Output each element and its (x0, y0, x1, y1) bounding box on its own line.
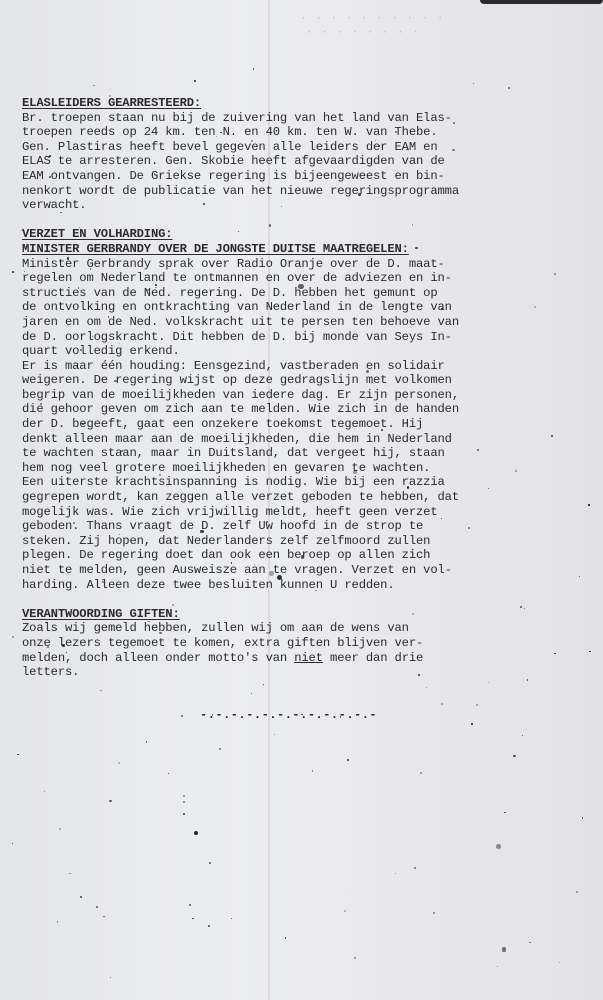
ink-speck (203, 203, 205, 205)
ink-speck (589, 651, 591, 653)
ink-speck (220, 132, 221, 133)
text-line: niet te melden, geen Ausweisze aan te vr… (22, 563, 582, 578)
underlined-word: niet (294, 651, 323, 665)
ink-speck (96, 906, 98, 908)
ink-speck (183, 801, 185, 803)
text-line: nenkort wordt de publicatie van het nieu… (22, 184, 582, 199)
ink-speck (349, 657, 350, 658)
ink-speck (200, 530, 203, 533)
typewritten-document: ELASLEIDERS GEARRESTEERD: Br. troepen st… (22, 96, 582, 694)
section-heading: VERANTWOORDING GIFTEN: (22, 607, 582, 622)
ink-speck (109, 95, 111, 97)
ink-speck (414, 867, 416, 869)
ink-speck (155, 287, 156, 288)
ink-speck (49, 155, 51, 157)
ink-speck (497, 966, 498, 967)
ink-speck (520, 606, 522, 608)
ink-speck (381, 429, 383, 431)
ink-speck (47, 646, 49, 648)
ink-speck (12, 636, 14, 638)
ink-speck (576, 891, 578, 893)
ink-speck (12, 271, 14, 273)
text-line: begrip van de moeilijkheden van iedere d… (22, 388, 582, 403)
ink-speck (267, 306, 269, 308)
ink-speck (79, 227, 80, 228)
ink-speck (515, 470, 517, 472)
ink-speck (527, 679, 528, 680)
ink-speck (582, 817, 583, 818)
ink-speck (59, 828, 61, 830)
ink-speck (147, 289, 149, 291)
text-line: gegrepen wordt, kan zeggen alle verzet g… (22, 490, 582, 505)
text-line: letters. (22, 665, 582, 680)
ink-speck (110, 977, 111, 978)
ink-speck (559, 962, 560, 963)
ink-speck (285, 937, 287, 939)
ink-speck (118, 762, 120, 764)
ink-speck (358, 193, 360, 195)
ink-speck (453, 122, 455, 124)
ink-speck (114, 380, 116, 382)
text-line: onze lezers tegemoet te komen, extra gif… (22, 636, 582, 651)
text-line: melden, doch alleen onder motto's van ni… (22, 651, 582, 666)
ink-speck (194, 831, 198, 835)
ink-speck (508, 87, 510, 89)
ink-speck (312, 770, 314, 772)
ink-speck (476, 704, 478, 706)
ink-speck (181, 715, 183, 717)
text-line: mogelijk was. Wie zich vrijwillig meldt,… (22, 505, 582, 520)
ink-speck (194, 80, 196, 82)
ink-speck (340, 716, 341, 717)
ink-speck (554, 653, 555, 654)
ink-speck (298, 284, 303, 289)
section-heading: ELASLEIDERS GEARRESTEERD: (22, 96, 582, 111)
ink-speck (301, 714, 303, 716)
text-line: denkt alleen maar aan de moeilijkheden, … (22, 432, 582, 447)
ink-speck (269, 224, 271, 226)
scan-edge-shadow (480, 0, 603, 4)
text-line: weigeren. De regering wijst op deze gedr… (22, 373, 582, 388)
ink-speck (477, 449, 479, 451)
ink-speck (44, 791, 45, 792)
ink-speck (269, 571, 273, 575)
ink-speck (21, 230, 22, 231)
ink-speck (274, 734, 275, 735)
text-line: quart volledig erkend. (22, 344, 582, 359)
ink-speck (473, 83, 474, 84)
ink-speck (183, 813, 185, 815)
ink-speck (522, 735, 524, 737)
ink-speck (441, 703, 443, 705)
text-line: Een uiterste krachtsinspanning is nodig.… (22, 475, 582, 490)
text-line: harding. Alleen deze twee besluiten kunn… (22, 578, 582, 593)
ink-speck (266, 521, 267, 522)
text-line: verwacht. (22, 198, 582, 213)
ink-speck (366, 370, 368, 372)
ink-speck (254, 564, 255, 565)
ink-speck (189, 904, 191, 906)
text-line: EAM ontvangen. De Griekse regering is bi… (22, 169, 582, 184)
ink-speck (308, 367, 310, 369)
text-line: hem nog veel grotere moeilijkheden en ge… (22, 461, 582, 476)
ink-speck (344, 910, 346, 912)
ink-speck (253, 68, 255, 70)
ink-speck (355, 365, 356, 366)
faint-header-line: · · · · · · · · (300, 26, 540, 40)
text-line: Zoals wij gemeld hebben, zullen wij om a… (22, 621, 582, 636)
text-line: Er is maar één houding: Eensgezind, vast… (22, 359, 582, 374)
text-line: der D. begeeft, gaat een onzekere toekom… (22, 417, 582, 432)
ink-speck (496, 844, 501, 849)
ink-speck (24, 271, 25, 272)
ink-speck (69, 873, 70, 874)
ink-speck (412, 224, 413, 225)
ink-speck (529, 942, 531, 944)
ink-speck (192, 918, 193, 919)
text-line: Gen. Plastiras heeft bevel gegeven alle … (22, 140, 582, 155)
ink-speck (209, 862, 211, 864)
ink-speck (513, 755, 515, 757)
ink-speck (155, 284, 157, 286)
text-line: jaren en om de Ned. volkskracht uit te p… (22, 315, 582, 330)
ink-speck (433, 912, 435, 914)
section-subheading: MINISTER GERBRANDY OVER DE JONGSTE DUITS… (22, 242, 582, 257)
ink-speck (315, 590, 316, 591)
ink-speck (231, 918, 232, 919)
ink-speck (238, 231, 239, 232)
text-line: geboden. Thans vraagt de D. zelf Uw hoof… (22, 519, 582, 534)
ink-speck (73, 522, 75, 524)
ink-speck (502, 947, 507, 952)
text-line: de D. oorlogskracht. Dit hebben de D. bi… (22, 330, 582, 345)
section-verantwoording-giften: VERANTWOORDING GIFTEN: Zoals wij gemeld … (22, 607, 582, 680)
ink-speck (441, 518, 442, 519)
section-elasleiders: ELASLEIDERS GEARRESTEERD: Br. troepen st… (22, 96, 582, 213)
ink-speck (426, 687, 427, 688)
ink-speck (354, 957, 356, 959)
text-line: die gehoor geven om zich aan te melden. … (22, 402, 582, 417)
ink-speck (159, 632, 161, 634)
ink-speck (208, 925, 210, 927)
ink-speck (49, 176, 51, 178)
ink-speck (154, 173, 155, 174)
ink-speck (57, 921, 58, 922)
section-verzet-en-volharding: VERZET EN VOLHARDING: MINISTER GERBRANDY… (22, 227, 582, 592)
text-line: Br. troepen staan nu bij de zuivering va… (22, 111, 582, 126)
ink-speck (159, 474, 161, 476)
ink-speck (146, 741, 147, 742)
ink-speck (12, 843, 13, 844)
ink-speck (103, 916, 104, 917)
section-heading: VERZET EN VOLHARDING: (22, 227, 582, 242)
ink-speck (168, 773, 169, 774)
text-line: steken. Zij hopen, dat Nederlanders zelf… (22, 534, 582, 549)
ink-speck (407, 486, 409, 488)
text-line: ELAS te arresteren. Gen. Skobie heeft af… (22, 154, 582, 169)
ink-speck (62, 644, 64, 646)
ink-speck (219, 748, 221, 750)
text-line: Minister Gerbrandy sprak over Radio Oran… (22, 257, 582, 272)
ink-speck (183, 795, 184, 796)
ink-speck (281, 206, 282, 207)
faint-header-line: · · · · · · · · · · (300, 12, 540, 26)
ink-speck (347, 759, 349, 761)
ink-speck (80, 349, 82, 351)
section-separator: -.-.-.-.-.-.-.-.-.-.-.- (200, 708, 377, 722)
ink-speck (80, 896, 82, 898)
ink-speck (17, 754, 18, 755)
text-line: troepen reeds op 24 km. ten N. en 40 km.… (22, 125, 582, 140)
text-line: de ontvolking en ontkrachting van Nederl… (22, 300, 582, 315)
ink-speck (395, 873, 397, 875)
ink-speck (108, 316, 109, 317)
ink-speck (67, 257, 69, 259)
scanned-page: · · · · · · · · · · · · · · · · · · ELAS… (0, 0, 603, 1000)
ink-speck (277, 575, 282, 580)
ink-speck (119, 343, 120, 344)
ink-speck (588, 504, 589, 505)
faint-bleedthrough-header: · · · · · · · · · · · · · · · · · · (300, 12, 540, 40)
text-line: te wachten staan, maar in Duitsland, dat… (22, 446, 582, 461)
ink-speck (93, 85, 95, 87)
ink-speck (504, 812, 505, 813)
ink-speck (109, 800, 111, 802)
ink-speck (468, 527, 470, 529)
ink-speck (420, 772, 422, 774)
ink-speck (471, 723, 472, 724)
